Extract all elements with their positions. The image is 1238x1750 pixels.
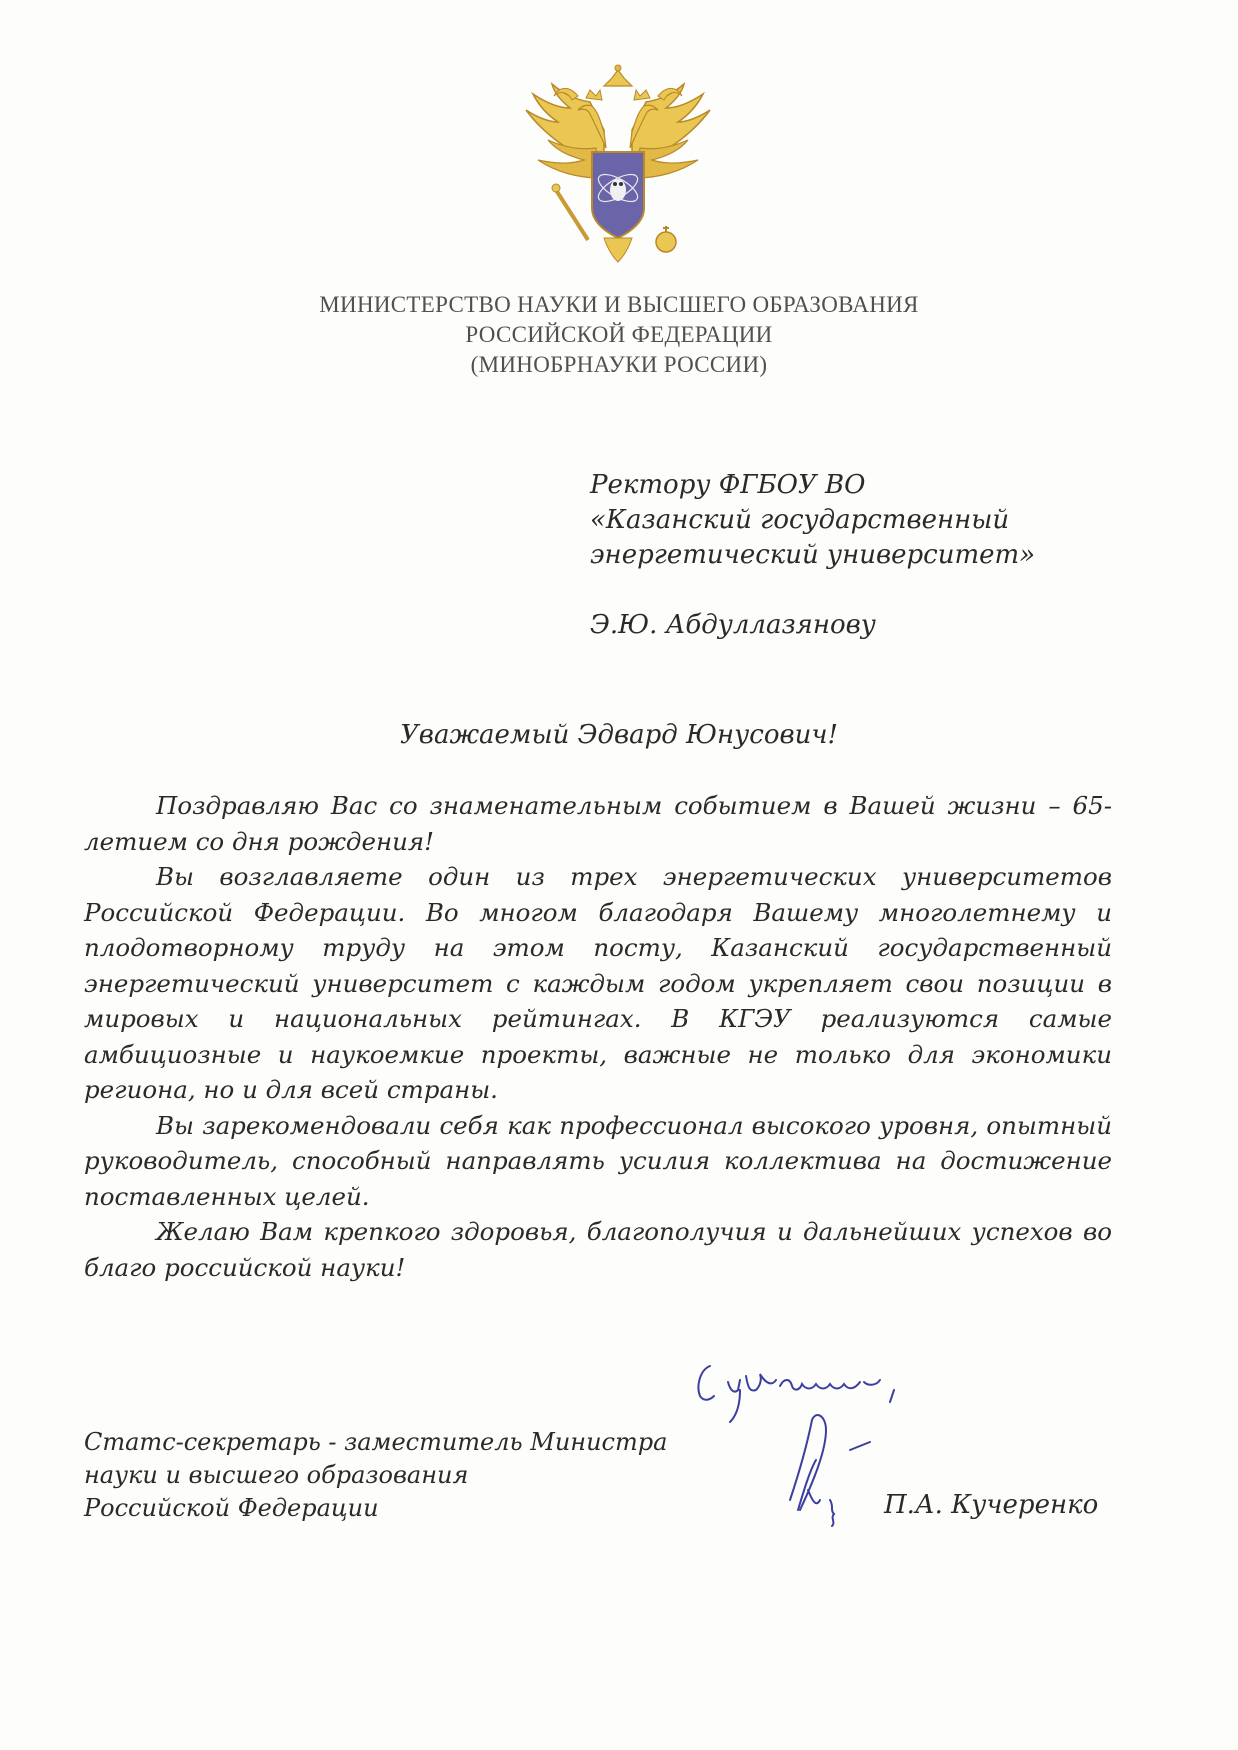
addressee-name: Э.Ю. Абдуллазянову (590, 608, 1035, 643)
letterhead-line: (МИНОБРНАУКИ РОССИИ) (0, 350, 1238, 380)
body-paragraph: Поздравляю Вас со знаменательным событие… (84, 788, 1112, 859)
addressee-line: «Казанский государственный (590, 503, 1035, 538)
body-paragraph: Вы возглавляете один из трех энергетичес… (84, 859, 1112, 1108)
salutation: Уважаемый Эдвард Юнусович! (0, 718, 1238, 753)
body-paragraph: Желаю Вам крепкого здоровья, благополучи… (84, 1214, 1112, 1285)
letterhead-line: МИНИСТЕРСТВО НАУКИ И ВЫСШЕГО ОБРАЗОВАНИЯ (0, 290, 1238, 320)
letterhead-line: РОССИЙСКОЙ ФЕДЕРАЦИИ (0, 320, 1238, 350)
position-line: науки и высшего образования (84, 1459, 667, 1492)
signatory-name: П.А. Кучеренко (884, 1489, 1098, 1522)
addressee-block: Ректору ФГБОУ ВО «Казанский государствен… (590, 468, 1035, 643)
addressee-line: Ректору ФГБОУ ВО (590, 468, 1035, 503)
body-paragraph: Вы зарекомендовали себя как профессионал… (84, 1108, 1112, 1215)
addressee-line: энергетический университет» (590, 538, 1035, 573)
ministry-emblem-icon (508, 60, 728, 265)
letter-body: Поздравляю Вас со знаменательным событие… (84, 788, 1112, 1285)
signatory-position: Статс-секретарь - заместитель Министра н… (84, 1426, 667, 1525)
position-line: Российской Федерации (84, 1492, 667, 1525)
position-line: Статс-секретарь - заместитель Министра (84, 1426, 667, 1459)
ministry-letterhead: МИНИСТЕРСТВО НАУКИ И ВЫСШЕГО ОБРАЗОВАНИЯ… (0, 290, 1238, 380)
